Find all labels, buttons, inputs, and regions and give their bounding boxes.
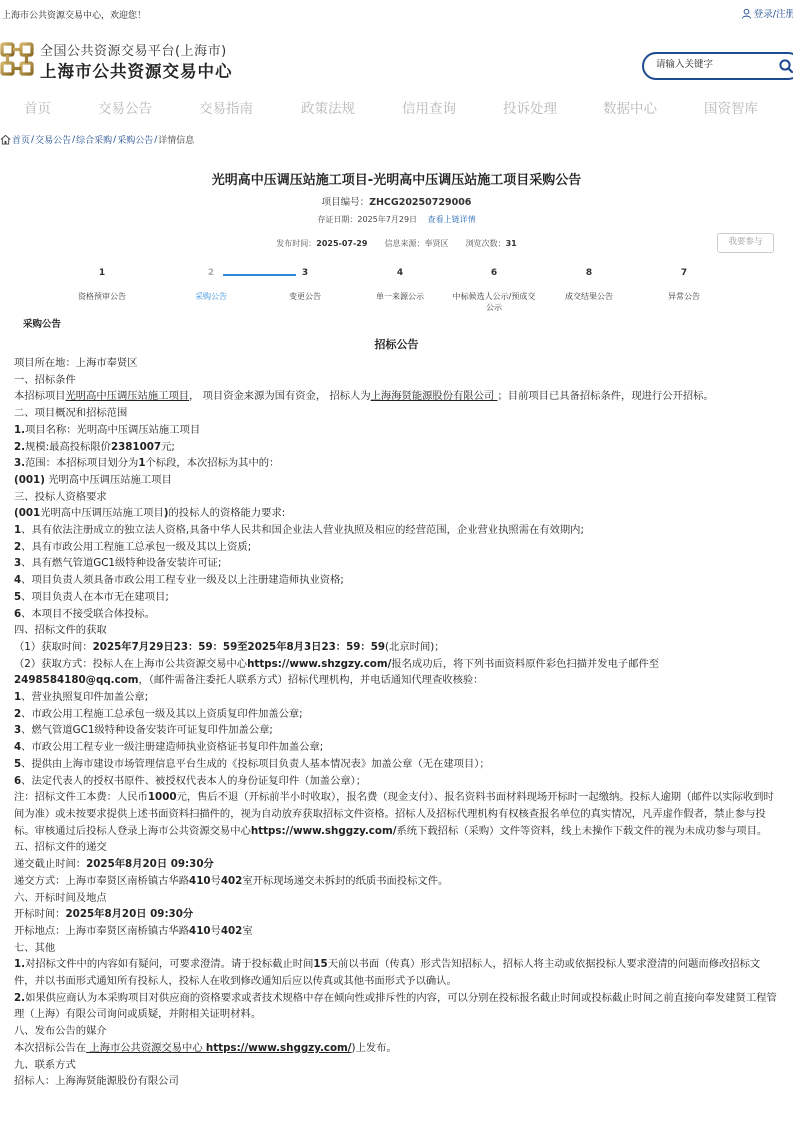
user-icon [741,8,752,19]
section-heading: 六、开标时间及地点 [14,890,779,907]
list-item: 1、营业执照复印件加盖公章; [14,689,779,706]
project-name-underlined: 光明高中压调压站施工项目 [65,390,189,402]
project-number-label: 项目编号： [322,197,370,208]
section-heading: 三、投标人资格要求 [14,489,779,506]
paragraph: （1）获取时间：2025年7月29日23：59：59至2025年8月3日23：5… [14,639,779,656]
welcome-text: 上海市公共资源交易中心，欢迎您！ [2,8,146,21]
step-exception-notice[interactable]: 7 异常公告 [639,268,729,302]
step-number: 7 [639,268,729,282]
search-input[interactable] [656,59,766,70]
registration-url[interactable]: https://www.shzgzy.com/ [247,658,391,670]
paragraph: 递交方式：上海市奉贤区南桥镇古华路410号402室开标现场递交未拆封的纸质书面投… [14,873,779,890]
home-icon [0,134,11,145]
main-nav: 首页 交易公告 交易指南 政策法规 信用查询 投诉处理 数据中心 国资智库 [0,93,793,121]
list-item: 6、本项目不接受联合体投标。 [14,606,779,623]
chain-details-link[interactable]: 查看上链详情 [428,215,476,224]
process-steps: 1 资格预审公告 2 采购公告 3 变更公告 4 单一来源公示 6 中标候选人公… [0,268,793,318]
section-heading: 二、项目概况和招标范围 [14,405,779,422]
step-label: 变更公告 [260,291,350,302]
media-url[interactable]: https://www.shggzy.com/ [206,1042,352,1054]
paragraph: 递交截止时间：2025年8月20日 09:30分 [14,856,779,873]
list-item: 4、市政公用工程专业一级注册建造师执业资格证书复印件加盖公章; [14,739,779,756]
breadcrumb-separator: / [72,135,75,145]
nav-item-credit-query[interactable]: 信用查询 [402,97,456,117]
portal-url[interactable]: https://www.shggzy.com/ [251,825,397,837]
breadcrumb-current: 详情信息 [158,133,194,146]
step-number: 8 [544,268,634,282]
breadcrumb-trade-notices[interactable]: 交易公告 [35,133,71,146]
step-number: 2 [166,268,256,282]
step-label: 中标候选人公示/预成交公示 [449,291,539,313]
list-item: 5、项目负责人在本市无在建项目; [14,589,779,606]
breadcrumb: 首页 / 交易公告 / 综合采购 / 采购公告 / 详情信息 [0,133,194,146]
nav-item-home[interactable]: 首页 [24,97,51,117]
step-label: 资格预审公告 [57,291,147,302]
list-item: 6、法定代表人的授权书原件、被授权代表本人的身份证复印件（加盖公章）； [14,773,779,790]
step-number: 3 [260,268,350,282]
cert-date-value: 2025年7月29日 [357,215,417,224]
project-location: 项目所在地：上海市奉贤区 [14,355,779,372]
paragraph: （2）获取方式：投标人在上海市公共资源交易中心https://www.shzgz… [14,656,779,689]
logo-title[interactable]: 上海市公共资源交易中心 [40,58,233,82]
document-body: 项目所在地：上海市奉贤区 一、招标条件 本招标项目光明高中压调压站施工项目， 项… [14,355,779,1090]
breadcrumb-home[interactable]: 首页 [12,133,30,146]
section-label: 采购公告 [23,316,61,330]
step-candidate-publicity[interactable]: 6 中标候选人公示/预成交公示 [449,268,539,313]
publish-date-label: 发布时间： [276,239,316,248]
join-button[interactable]: 我要参与 [717,233,774,253]
logo-subtitle: 全国公共资源交易平台(上海市) [40,40,227,59]
tenderer-contact: 招标人：上海海贤能源股份有限公司 [14,1073,779,1090]
paragraph: 本招标项目光明高中压调压站施工项目， 项目资金来源为国有资金， 招标人为上海海贤… [14,388,779,405]
step-prequalification[interactable]: 1 资格预审公告 [57,268,147,302]
paragraph: (001) 光明高中压调压站施工项目 [14,472,779,489]
login-link[interactable]: 登录/注册 [741,6,793,20]
list-item: 3、具有燃气管道GC1级特种设备安装许可证; [14,555,779,572]
project-number: 项目编号：ZHCG20250729006 [0,194,793,208]
list-item: 4、项目负责人须具备市政公用工程专业一级及以上注册建造师执业资格; [14,572,779,589]
list-item: 2、市政公用工程施工总承包一级及其以上资质复印件加盖公章; [14,706,779,723]
paragraph: 2.如果供应商认为本采购项目对供应商的资格要求或者技术规格中存在倾向性或排斥性的… [14,990,779,1023]
nav-item-trade-guide[interactable]: 交易指南 [199,97,253,117]
source-label: 信息来源： [385,239,425,248]
step-label: 异常公告 [639,291,729,302]
section-heading: 五、招标文件的递交 [14,839,779,856]
list-item: 5、提供由上海市建设市场管理信息平台生成的《投标项目负责人基本情况表》加盖公章（… [14,756,779,773]
paragraph: 1.对招标文件中的内容如有疑问，可要求澄清。请于投标截止时间15天前以书面（传真… [14,956,779,989]
paragraph: 1.项目名称：光明高中压调压站施工项目 [14,422,779,439]
section-heading: 九、联系方式 [14,1057,779,1074]
logo-icon[interactable] [0,42,34,76]
step-label: 采购公告 [166,291,256,302]
top-bar: 上海市公共资源交易中心，欢迎您！ 登录/注册 [0,0,793,26]
breadcrumb-separator: / [113,135,116,145]
paragraph: 注：招标文件工本费：人民币1000元，售后不退（开标前半小时收取），报名费（现金… [14,789,779,839]
publish-date: 2025-07-29 [316,239,367,248]
paragraph: 开标地点：上海市奉贤区南桥镇古华路410号402室 [14,923,779,940]
list-item: 1、具有依法注册成立的独立法人资格,具备中华人民共和国企业法人营业执照及相应的经… [14,522,779,539]
nav-item-data-center[interactable]: 数据中心 [603,97,657,117]
login-label: 登录/注册 [754,6,793,20]
step-number: 1 [57,268,147,282]
step-change-notice[interactable]: 3 变更公告 [260,268,350,302]
step-number: 6 [449,268,539,282]
publish-info: 发布时间：2025-07-29 信息来源：奉贤区 浏览次数：31 [0,238,793,249]
step-number: 4 [355,268,445,282]
paragraph: 3.范围：本招标项目划分为1个标段，本次招标为其中的： [14,455,779,472]
nav-item-think-tank[interactable]: 国资智库 [704,97,758,117]
search-icon[interactable] [778,58,793,74]
step-procurement-notice[interactable]: 2 采购公告 [166,268,256,302]
section-heading: 一、招标条件 [14,372,779,389]
breadcrumb-separator: / [154,135,157,145]
certificate-date: 存证日期：2025年7月29日 查看上链详情 [0,214,793,225]
views-label: 浏览次数： [466,239,506,248]
tenderer-underlined: 上海海贤能源股份有限公司 [371,390,498,402]
paragraph: (001光明高中压调压站施工项目)的投标人的资格能力要求: [14,505,779,522]
paragraph: 本次招标公告在 上海市公共资源交易中心 https://www.shggzy.c… [14,1040,779,1057]
section-heading: 八、发布公告的媒介 [14,1023,779,1040]
nav-item-policies[interactable]: 政策法规 [301,97,355,117]
page-title: 光明高中压调压站施工项目-光明高中压调压站施工项目采购公告 [0,169,793,188]
step-result-notice[interactable]: 8 成交结果公告 [544,268,634,302]
step-single-source[interactable]: 4 单一来源公示 [355,268,445,302]
section-heading: 四、招标文件的获取 [14,622,779,639]
list-item: 2、具有市政公用工程施工总承包一级及其以上资质; [14,539,779,556]
nav-item-trade-notices[interactable]: 交易公告 [98,97,152,117]
contact-email[interactable]: 2498584180@qq.com [14,674,139,686]
section-heading: 七、其他 [14,940,779,957]
search-box [642,52,793,80]
step-label: 单一来源公示 [355,291,445,302]
media-name: 上海市公共资源交易中心 [86,1042,206,1054]
breadcrumb-comprehensive-procurement[interactable]: 综合采购 [76,133,112,146]
nav-item-complaints[interactable]: 投诉处理 [503,97,557,117]
list-item: 3、燃气管道GC1级特种设备安装许可证复印件加盖公章; [14,722,779,739]
paragraph: 2.规模:最高投标限价2381007元; [14,439,779,456]
source-value: 奉贤区 [425,239,449,248]
breadcrumb-procurement-notice[interactable]: 采购公告 [117,133,153,146]
breadcrumb-separator: / [31,135,34,145]
step-label: 成交结果公告 [544,291,634,302]
views-count: 31 [506,239,517,248]
project-number-value: ZHCG20250729006 [369,197,471,208]
cert-date-label: 存证日期： [317,215,357,224]
paragraph: 开标时间：2025年8月20日 09:30分 [14,906,779,923]
document-heading: 招标公告 [0,336,793,352]
